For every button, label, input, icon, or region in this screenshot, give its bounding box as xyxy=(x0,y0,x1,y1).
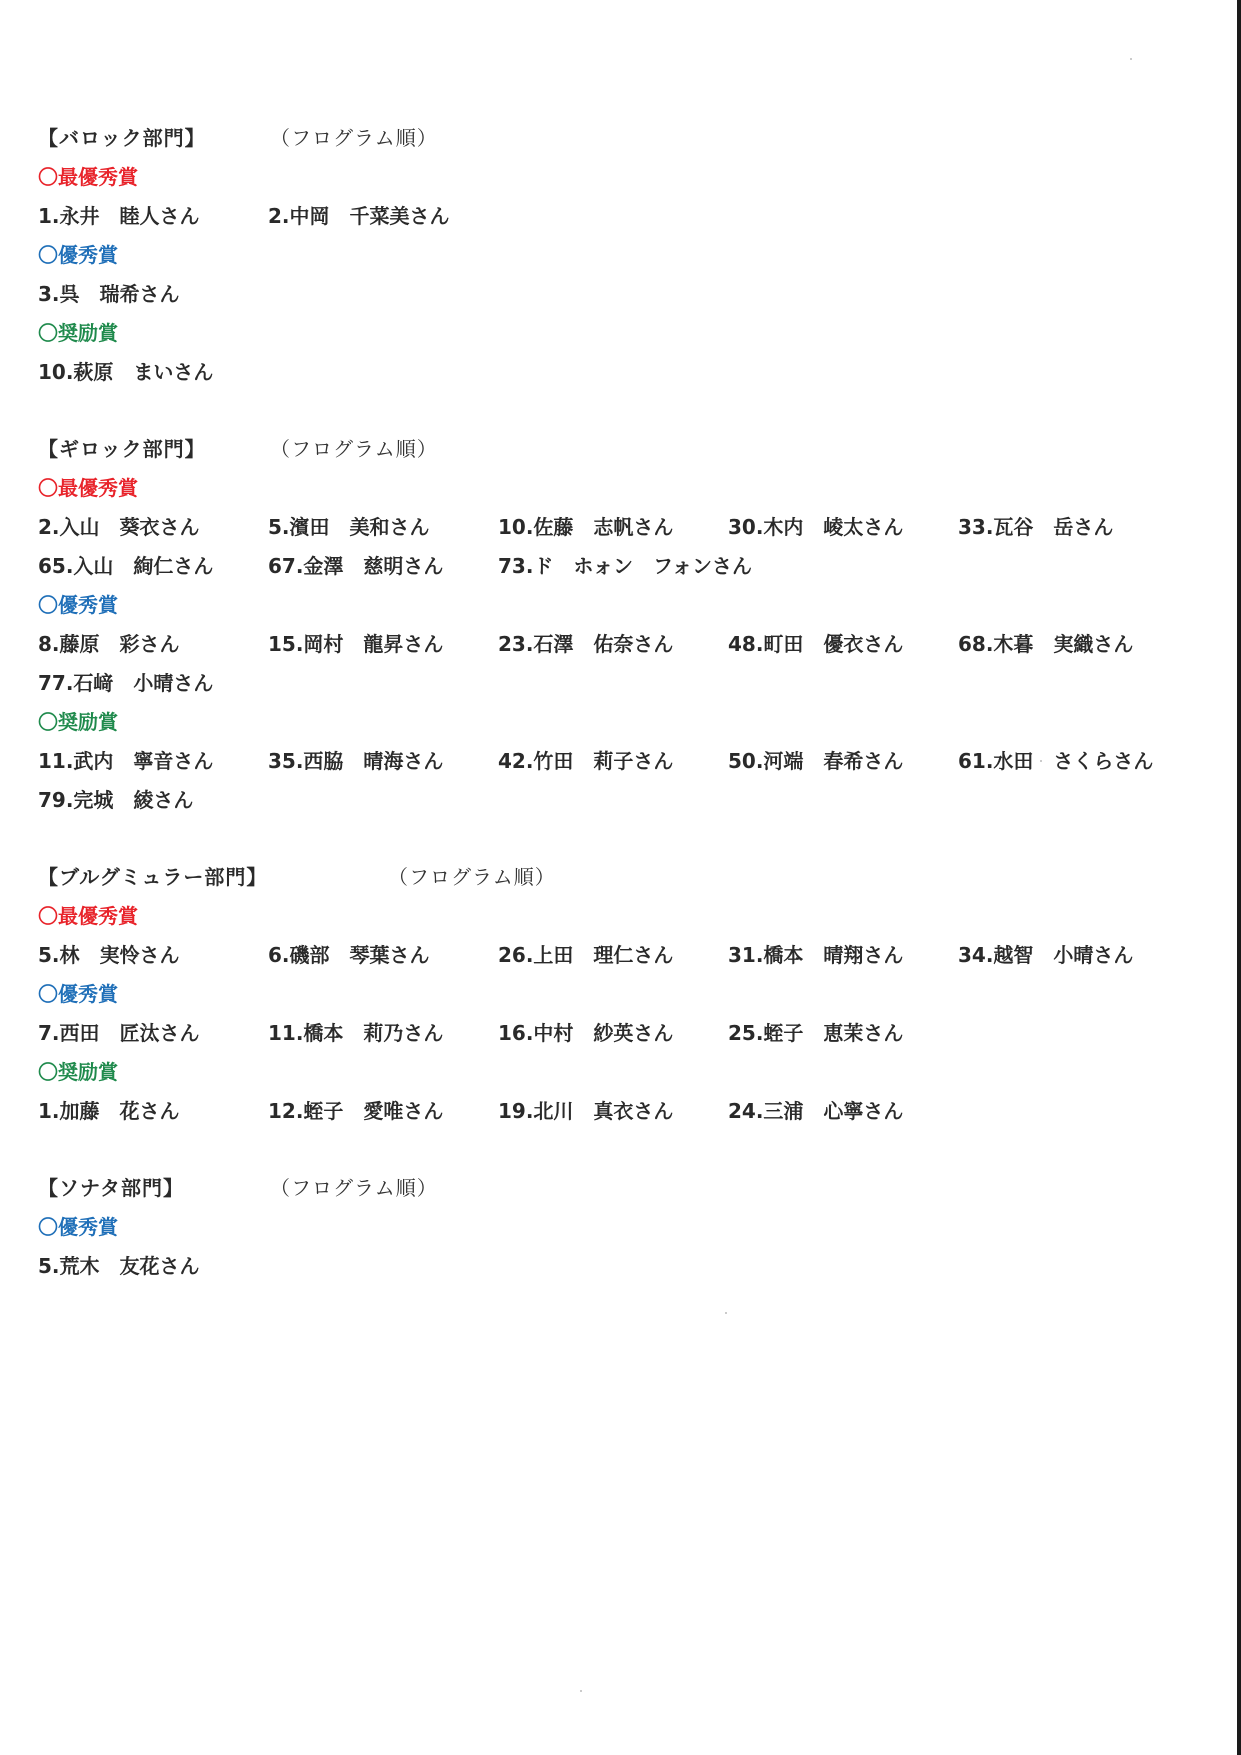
winners-row: 8.藤原 彩さん 15.岡村 龍昇さん 23.石澤 佑奈さん 48.町田 優衣さ… xyxy=(38,628,1218,667)
winners-row: 7.西田 匠汰さん 11.橋本 莉乃さん 16.中村 紗英さん 25.蛭子 恵茉… xyxy=(38,1017,1218,1056)
winners-row: 65.入山 絢仁さん 67.金澤 慈明さん 73.ド ホォン フォンさん xyxy=(38,550,1218,589)
section-header: 【バロック部門】 （フログラム順） xyxy=(38,122,1218,161)
award-label-silver: 〇優秀賞 xyxy=(38,1211,1218,1250)
winners-row: 5.荒木 友花さん xyxy=(38,1250,1218,1289)
section-baroque: 【バロック部門】 （フログラム順） 〇最優秀賞 1.永井 睦人さん 2.中岡 千… xyxy=(38,122,1218,395)
winner-entry: 77.石﨑 小晴さん xyxy=(38,667,268,706)
section-sonata: 【ソナタ部門】 （フログラム順） 〇優秀賞 5.荒木 友花さん xyxy=(38,1172,1218,1289)
award-label-silver: 〇優秀賞 xyxy=(38,589,1218,628)
award-label-silver: 〇優秀賞 xyxy=(38,239,1218,278)
winners-row: 77.石﨑 小晴さん xyxy=(38,667,1218,706)
winner-entry: 50.河端 春希さん xyxy=(728,745,958,784)
winner-entry: 2.入山 葵衣さん xyxy=(38,511,268,550)
winner-entry: 42.竹田 莉子さん xyxy=(498,745,728,784)
winner-entry: 6.磯部 琴葉さん xyxy=(268,939,498,978)
section-burgmuller: 【ブルグミュラー部門】 （フログラム順） 〇最優秀賞 5.林 実怜さん 6.磯部… xyxy=(38,861,1218,1134)
order-note: （フログラム順） xyxy=(270,433,438,465)
section-header: 【ブルグミュラー部門】 （フログラム順） xyxy=(38,861,1218,900)
winner-entry: 19.北川 真衣さん xyxy=(498,1095,728,1134)
winners-row: 1.加藤 花さん 12.蛭子 愛唯さん 19.北川 真衣さん 24.三浦 心寧さ… xyxy=(38,1095,1218,1134)
section-title: 【バロック部門】 xyxy=(38,122,270,154)
award-label-bronze: 〇奨励賞 xyxy=(38,706,1218,745)
winner-entry: 16.中村 紗英さん xyxy=(498,1017,728,1056)
winners-row: 1.永井 睦人さん 2.中岡 千菜美さん xyxy=(38,200,1218,239)
winner-entry: 10.佐藤 志帆さん xyxy=(498,511,728,550)
award-label-gold: 〇最優秀賞 xyxy=(38,900,1218,939)
award-label-silver: 〇優秀賞 xyxy=(38,978,1218,1017)
section-title: 【ソナタ部門】 xyxy=(38,1172,270,1204)
winner-entry: 48.町田 優衣さん xyxy=(728,628,958,667)
winner-entry: 26.上田 理仁さん xyxy=(498,939,728,978)
order-note: （フログラム順） xyxy=(388,861,556,893)
winners-row: 79.完城 綾さん xyxy=(38,784,1218,823)
scan-speck xyxy=(1130,58,1132,60)
winner-entry: 30.木内 崚太さん xyxy=(728,511,958,550)
winner-entry: 23.石澤 佑奈さん xyxy=(498,628,728,667)
winner-entry: 24.三浦 心寧さん xyxy=(728,1095,958,1134)
award-label-gold: 〇最優秀賞 xyxy=(38,161,1218,200)
winners-row: 2.入山 葵衣さん 5.濱田 美和さん 10.佐藤 志帆さん 30.木内 崚太さ… xyxy=(38,511,1218,550)
section-gillock: 【ギロック部門】 （フログラム順） 〇最優秀賞 2.入山 葵衣さん 5.濱田 美… xyxy=(38,433,1218,823)
winners-row: 5.林 実怜さん 6.磯部 琴葉さん 26.上田 理仁さん 31.橋本 晴翔さん… xyxy=(38,939,1218,978)
winner-entry: 11.橋本 莉乃さん xyxy=(268,1017,498,1056)
award-label-gold: 〇最優秀賞 xyxy=(38,472,1218,511)
winner-entry: 12.蛭子 愛唯さん xyxy=(268,1095,498,1134)
winner-entry: 5.濱田 美和さん xyxy=(268,511,498,550)
winner-entry: 31.橋本 晴翔さん xyxy=(728,939,958,978)
winner-entry: 34.越智 小晴さん xyxy=(958,939,1188,978)
winner-entry: 61.水田 さくらさん xyxy=(958,745,1188,784)
winners-row: 10.萩原 まいさん xyxy=(38,356,1218,395)
winner-entry: 33.瓦谷 岳さん xyxy=(958,511,1188,550)
winner-entry: 5.荒木 友花さん xyxy=(38,1250,268,1289)
winner-entry: 35.西脇 晴海さん xyxy=(268,745,498,784)
winner-entry: 68.木暮 実織さん xyxy=(958,628,1188,667)
winner-entry: 25.蛭子 恵茉さん xyxy=(728,1017,958,1056)
order-note: （フログラム順） xyxy=(270,122,438,154)
section-title: 【ブルグミュラー部門】 xyxy=(38,861,388,893)
winner-entry: 8.藤原 彩さん xyxy=(38,628,268,667)
winners-row: 11.武内 寧音さん 35.西脇 晴海さん 42.竹田 莉子さん 50.河端 春… xyxy=(38,745,1218,784)
award-label-bronze: 〇奨励賞 xyxy=(38,1056,1218,1095)
winner-entry: 2.中岡 千菜美さん xyxy=(268,200,498,239)
winner-entry: 11.武内 寧音さん xyxy=(38,745,268,784)
scan-speck xyxy=(580,1690,582,1692)
winner-entry: 1.加藤 花さん xyxy=(38,1095,268,1134)
winner-entry: 10.萩原 まいさん xyxy=(38,356,268,395)
winner-entry: 1.永井 睦人さん xyxy=(38,200,268,239)
award-label-bronze: 〇奨励賞 xyxy=(38,317,1218,356)
winner-entry: 5.林 実怜さん xyxy=(38,939,268,978)
scan-page-edge xyxy=(1237,0,1241,1755)
award-results-document: 【バロック部門】 （フログラム順） 〇最優秀賞 1.永井 睦人さん 2.中岡 千… xyxy=(38,122,1218,1327)
section-title: 【ギロック部門】 xyxy=(38,433,270,465)
winner-entry: 65.入山 絢仁さん xyxy=(38,550,268,589)
section-header: 【ギロック部門】 （フログラム順） xyxy=(38,433,1218,472)
winner-entry: 73.ド ホォン フォンさん xyxy=(498,550,728,589)
winner-entry: 79.完城 綾さん xyxy=(38,784,268,823)
winner-entry: 3.呉 瑞希さん xyxy=(38,278,268,317)
winner-entry: 67.金澤 慈明さん xyxy=(268,550,498,589)
winner-entry: 7.西田 匠汰さん xyxy=(38,1017,268,1056)
section-header: 【ソナタ部門】 （フログラム順） xyxy=(38,1172,1218,1211)
winners-row: 3.呉 瑞希さん xyxy=(38,278,1218,317)
order-note: （フログラム順） xyxy=(270,1172,438,1204)
winner-entry: 15.岡村 龍昇さん xyxy=(268,628,498,667)
